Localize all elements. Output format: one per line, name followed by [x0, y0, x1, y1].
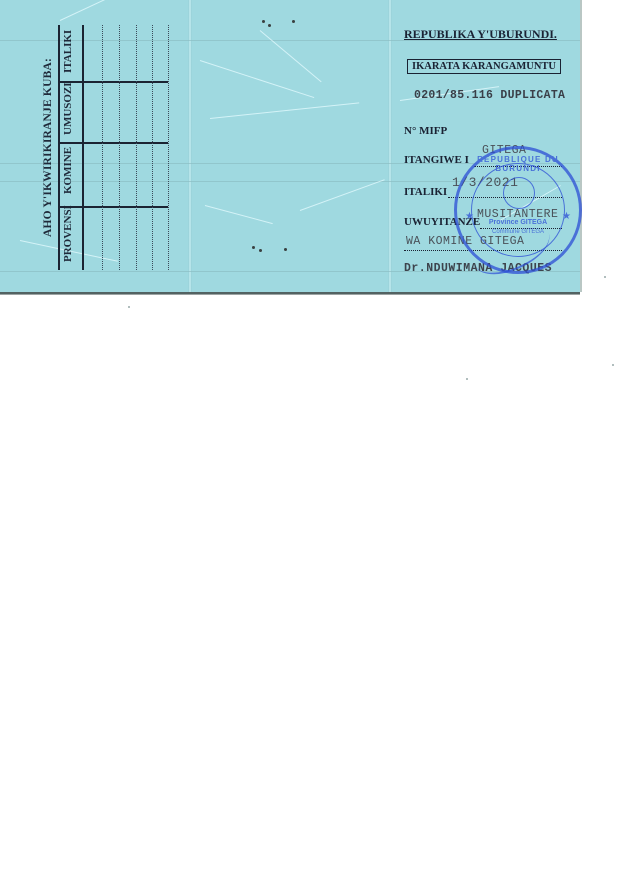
- staple-hole: [262, 20, 265, 23]
- column-header-provensi: PROVENSI: [62, 205, 74, 262]
- card-title-box: IKARATA KARANGAMUNTU: [407, 59, 561, 74]
- table-row: [152, 25, 153, 270]
- scan-speck: [128, 306, 130, 308]
- star-icon: ★: [562, 211, 571, 222]
- column-header-komine: KOMINE: [62, 147, 74, 194]
- table-row: [136, 25, 137, 270]
- id-number: 0201/85.116 DUPLICATA: [414, 89, 565, 102]
- staple-hole: [284, 248, 287, 251]
- staple-hole: [268, 24, 271, 27]
- residence-table-heading: AHO Y'IKWIRIKIRANJE KUBA:: [42, 25, 54, 270]
- stamp-top-text: REPUBLIQUE DU BURUNDI: [465, 155, 571, 173]
- star-icon: ★: [465, 211, 474, 222]
- coat-of-arms-icon: [503, 177, 535, 209]
- blank-middle-panel: [192, 0, 390, 292]
- table-row: [168, 25, 169, 270]
- scan-speck: [604, 276, 606, 278]
- republic-title: REPUBLIKA Y'UBURUNDI.: [404, 27, 557, 42]
- table-row: [102, 25, 103, 270]
- table-rule: [82, 25, 84, 270]
- staple-hole: [252, 246, 255, 249]
- scan-speck: [612, 364, 614, 366]
- field-label-italiki: ITALIKI: [404, 186, 447, 198]
- field-label-mifp: N° MIFP: [404, 125, 447, 137]
- column-header-italiki: ITALIKI: [62, 30, 74, 73]
- column-header-umusozi: UMUSOZI: [62, 82, 74, 135]
- table-rule: [58, 25, 60, 270]
- field-label-itangiwe: ITANGIWE I: [404, 154, 469, 166]
- residence-history-panel: AHO Y'IKWIRIKIRANJE KUBA: PROVENSI KOMIN…: [0, 0, 190, 292]
- table-row: [119, 25, 120, 270]
- staple-hole: [292, 20, 295, 23]
- scan-speck: [466, 378, 468, 380]
- residence-table: AHO Y'IKWIRIKIRANJE KUBA: PROVENSI KOMIN…: [38, 25, 178, 270]
- staple-hole: [259, 249, 262, 252]
